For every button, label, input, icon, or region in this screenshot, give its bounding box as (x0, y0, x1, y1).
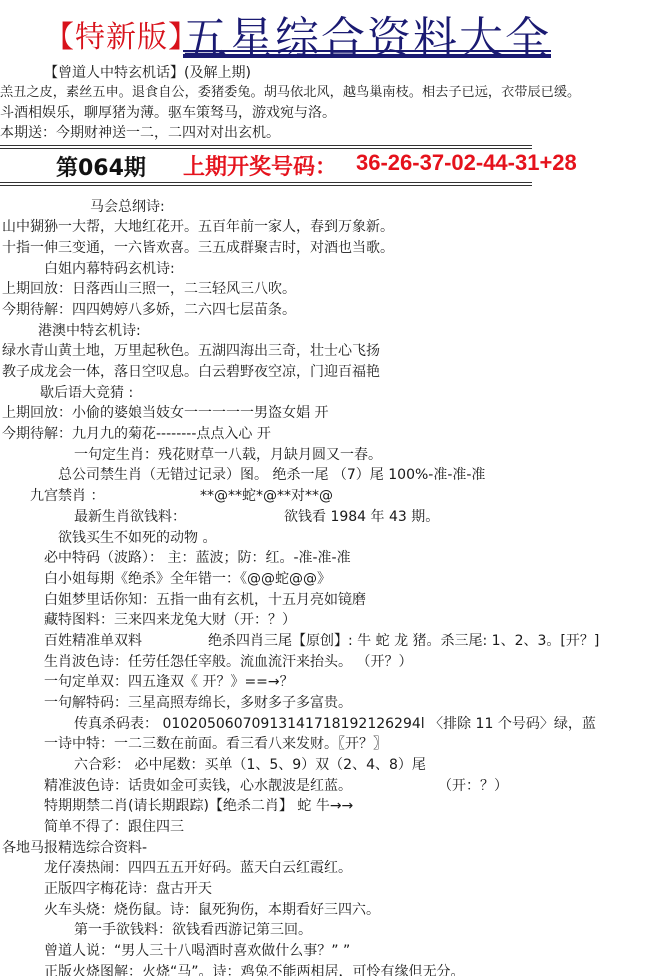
content-line: 简单不得了：跟住四三 (44, 818, 184, 836)
double-divider-top (0, 145, 532, 149)
double-divider-bottom (0, 182, 532, 186)
content-line: 龙仔凑热闹：四四五五开好码。蓝天白云红霞红。 (44, 859, 352, 877)
intro-heading: 【曾道人中特玄机话】(及解上期) (44, 64, 251, 82)
content-line: 一句定生肖：残花财草一八载，月缺月圆又一春。 (74, 446, 382, 464)
content-line: 正版火烧图解：火烧“马”。诗：鸡兔不能两相居，可怜有缘但无分。 (44, 963, 465, 976)
content-line: 白姐内幕特码玄机诗: (44, 260, 175, 278)
content-line: 歇后语大竞猜 : (40, 384, 133, 402)
issue-number: 第064期 (56, 151, 146, 182)
content-line: 曾道人说：“男人三十八喝酒时喜欢做什么事？” ” (44, 942, 350, 960)
content-line: 今期待解：九月九的菊花--------点点入心 开 (2, 425, 271, 443)
content-line: 教子成龙会一体，落日空叹息。白云碧野夜空凉，门迎百福艳 (2, 363, 380, 381)
content-line: 九宫禁肖 ： (30, 487, 104, 505)
content-line: 特期期禁二肖(请长期跟踪)【绝杀二肖】 蛇 牛→→ (44, 797, 353, 815)
content-line: 正版四字梅花诗：盘古开天 (44, 880, 212, 898)
content-line: 一诗中特：一二三数在前面。看三看八来发财。〖开？〗 (44, 735, 387, 753)
content-line: 绝杀四肖三尾【原创】: 牛 蛇 龙 猪。杀三尾: 1、2、3。[开？] (208, 632, 599, 650)
content-line: 生肖波色诗：任劳任怨任宰般。流血流汗来抬头。 （开？） (44, 653, 412, 671)
content-line: 总公司禁生肖（无错过记录）图。 绝杀一尾 （7）尾 100%-准-准-准 (58, 466, 485, 484)
content-line: 十指一伸三变通，一六皆欢喜。三五成群聚吉时，对酒也当歌。 (2, 239, 394, 257)
content-line: 白小姐每期《绝杀》全年错一：《@@蛇@@》 (44, 570, 331, 588)
content-line: 第一手欲钱料：欲钱看西游记第三回。 (74, 921, 312, 939)
content-line: 必中特码（波路）： 主：蓝波；防：红。-准-准-准 (44, 549, 351, 567)
content-line: 最新生肖欲钱料： (74, 508, 186, 526)
content-line: 一句定单双：四五逢双《 开？》==→？ (44, 673, 294, 691)
content-line: 一句解特码：三星高照寿绵长，多财多子多富贵。 (44, 694, 352, 712)
content-line: 上期回放：日落西山三照一，二三轻风三八吹。 (2, 280, 296, 298)
title-underline (183, 50, 551, 52)
content-line: 传真杀码表： 01020506070913141718192126294l 〈排… (74, 715, 596, 733)
content-line: 今期待解：四四娉婷八多娇，二六四七层苗条。 (2, 301, 296, 319)
intro-line: 羔丑之皮，素丝五申。退食自公，委猪委兔。胡马依北风，越鸟巢南枝。相去子已远，衣带… (0, 84, 580, 102)
content-line: 各地马报精选综合资料- (2, 839, 147, 857)
content-line: 百姓精准单双料 (44, 632, 142, 650)
intro-line: 斗酒相娱乐，聊厚猪为薄。驱车策驽马，游戏宛与洛。 (0, 104, 336, 122)
content-line: 上期回放：小偷的婆娘当妓女一一一一一男盗女娼 开 (2, 404, 328, 422)
title-underline-thick (183, 54, 551, 58)
content-line: 港澳中特玄机诗: (38, 322, 141, 340)
content-line: 绿水青山黄土地，万里起秋色。五湖四海出三奇，壮士心飞扬 (2, 342, 380, 360)
content-line: 山中猢狲一大帮，大地红花开。五百年前一家人，春到万象新。 (2, 218, 394, 236)
previous-draw-numbers: 36-26-37-02-44-31+28 (356, 150, 577, 176)
intro-line: 本期送：今期财神送一二，二四对对出玄机。 (0, 124, 280, 142)
content-line: 欲钱买生不如死的动物 。 (58, 529, 216, 547)
content-line: 火车头烧：烧伤鼠。诗：鼠死狗伤，本期看好三四六。 (44, 901, 380, 919)
content-line: （开：？） (438, 777, 508, 795)
edition-badge: 【特新版】 (44, 12, 199, 56)
content-line: 六合彩： 必中尾数：买单（1、5、9）双（2、4、8）尾 (74, 756, 426, 774)
content-line: 马会总纲诗: (90, 198, 165, 216)
content-line: **@**蛇*@**对**@ (200, 487, 333, 505)
content-line: 欲钱看 1984 年 43 期。 (284, 508, 439, 526)
content-line: 白姐梦里话你知：五指一曲有玄机，十五月亮如镜磨 (44, 591, 366, 609)
previous-draw-label: 上期开奖号码： (183, 150, 337, 181)
content-line: 精准波色诗：话贵如金可卖钱，心水靓波是红蓝。 (44, 777, 352, 795)
content-line: 藏特图料：三来四来龙兔大财（开：？） (44, 611, 296, 629)
